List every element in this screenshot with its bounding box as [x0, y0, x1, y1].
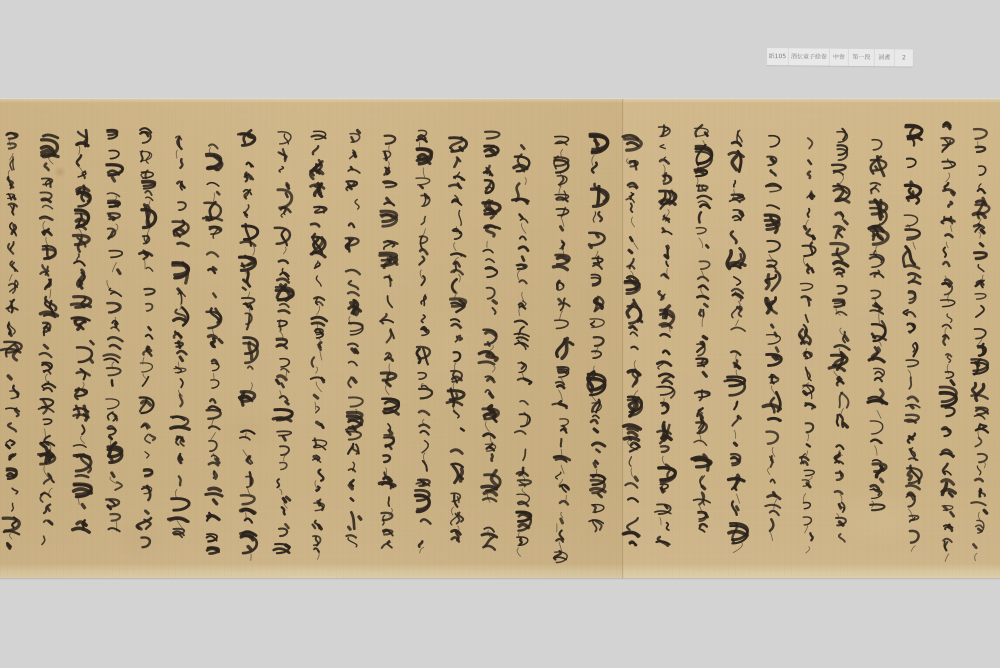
sheet-seam — [622, 99, 624, 578]
label-catalog-number: 紙105 — [767, 48, 788, 65]
label-part-type: 詞書 — [875, 49, 894, 66]
catalog-label: 紙105 酒伝童子絵巻 中巻 第一段 詞書 2 — [767, 48, 913, 67]
label-section: 第一段 — [849, 49, 874, 66]
label-frame-number: 2 — [895, 49, 913, 66]
image-viewer-canvas: 紙105 酒伝童子絵巻 中巻 第一段 詞書 2 — [0, 0, 1000, 668]
handscroll — [0, 99, 1000, 578]
paper-stains — [0, 99, 1000, 578]
label-volume: 中巻 — [830, 49, 848, 66]
label-work-title: 酒伝童子絵巻 — [789, 48, 829, 65]
